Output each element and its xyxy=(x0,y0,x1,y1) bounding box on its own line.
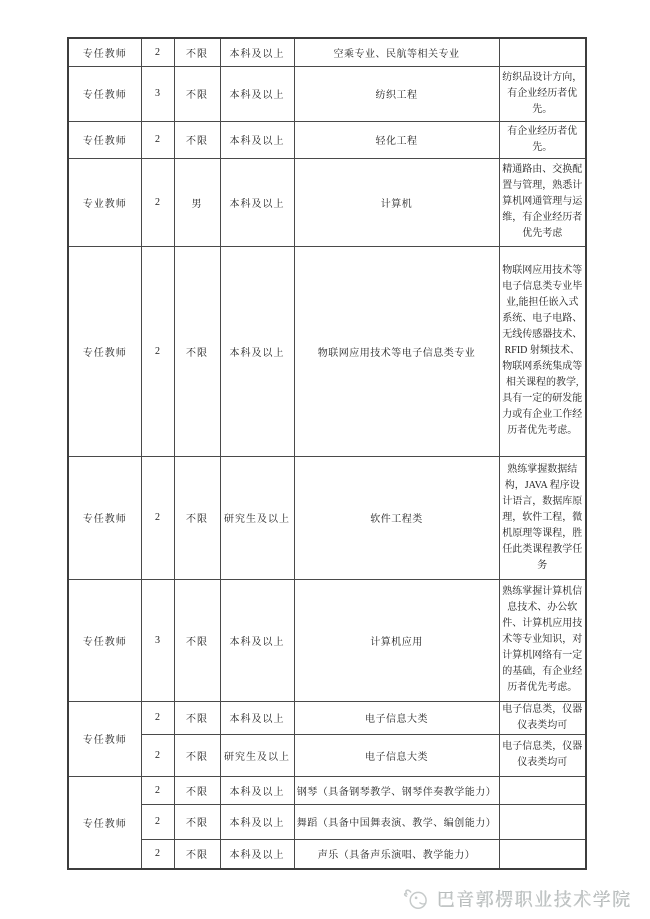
gender-cell: 不限 xyxy=(174,804,220,839)
position-cell: 专任教师 xyxy=(68,121,141,158)
major-cell: 声乐（具备声乐演唱、教学能力） xyxy=(294,839,499,869)
position-cell: 专任教师 xyxy=(68,66,141,121)
major-cell: 电子信息大类 xyxy=(294,734,499,776)
gender-cell: 不限 xyxy=(174,734,220,776)
position-cell: 专任教师 xyxy=(68,38,141,66)
gender-cell: 不限 xyxy=(174,776,220,804)
gender-cell: 不限 xyxy=(174,456,220,579)
footer-watermark: 巴音郭楞职业技术学院 xyxy=(403,886,632,912)
remarks-cell: 物联网应用技术等电子信息类专业毕业,能担任嵌入式系统、电子电路、无线传感器技术、… xyxy=(499,246,586,456)
count-cell: 2 xyxy=(141,158,174,246)
recruitment-table: 专任教师 2 不限 本科及以上 空乘专业、民航等相关专业 专任教师 3 不限 本… xyxy=(67,37,587,870)
education-cell: 本科及以上 xyxy=(220,839,294,869)
gender-cell: 不限 xyxy=(174,579,220,701)
position-cell: 专任教师 xyxy=(68,456,141,579)
table-row: 2 不限 本科及以上 舞蹈（具备中国舞表演、教学、编创能力） xyxy=(68,804,586,839)
education-cell: 本科及以上 xyxy=(220,804,294,839)
remarks-cell: 精通路由、交换配置与管理，熟悉计算机网通管理与运维，有企业经历者优先考虑 xyxy=(499,158,586,246)
major-cell: 计算机 xyxy=(294,158,499,246)
table-row: 专任教师 2 不限 本科及以上 轻化工程 有企业经历者优先。 xyxy=(68,121,586,158)
major-cell: 轻化工程 xyxy=(294,121,499,158)
major-cell: 电子信息大类 xyxy=(294,701,499,734)
education-cell: 本科及以上 xyxy=(220,776,294,804)
education-cell: 本科及以上 xyxy=(220,158,294,246)
gender-cell: 不限 xyxy=(174,121,220,158)
remarks-cell xyxy=(499,839,586,869)
education-cell: 研究生及以上 xyxy=(220,734,294,776)
major-cell: 软件工程类 xyxy=(294,456,499,579)
education-cell: 研究生及以上 xyxy=(220,456,294,579)
table-row: 专任教师 3 不限 本科及以上 计算机应用 熟练掌握计算机信息技术、办公软件、计… xyxy=(68,579,586,701)
count-cell: 2 xyxy=(141,456,174,579)
table-row: 专任教师 3 不限 本科及以上 纺织工程 纺织品设计方向，有企业经历者优先。 xyxy=(68,66,586,121)
gender-cell: 不限 xyxy=(174,701,220,734)
remarks-cell: 熟练掌握数据结构，JAVA 程序设计语言，数据库原理，软件工程，微机原理等课程，… xyxy=(499,456,586,579)
table-row: 专任教师 2 不限 研究生及以上 软件工程类 熟练掌握数据结构，JAVA 程序设… xyxy=(68,456,586,579)
remarks-cell: 电子信息类，仪器仪表类均可 xyxy=(499,734,586,776)
major-cell: 计算机应用 xyxy=(294,579,499,701)
major-cell: 钢琴（具备钢琴教学、钢琴伴奏教学能力） xyxy=(294,776,499,804)
gender-cell: 不限 xyxy=(174,246,220,456)
major-cell: 物联网应用技术等电子信息类专业 xyxy=(294,246,499,456)
count-cell: 2 xyxy=(141,701,174,734)
count-cell: 3 xyxy=(141,66,174,121)
count-cell: 3 xyxy=(141,579,174,701)
count-cell: 2 xyxy=(141,734,174,776)
count-cell: 2 xyxy=(141,246,174,456)
major-cell: 空乘专业、民航等相关专业 xyxy=(294,38,499,66)
position-cell-merged: 专任教师 xyxy=(68,701,141,776)
school-mascot-logo-icon xyxy=(403,887,430,912)
major-cell: 舞蹈（具备中国舞表演、教学、编创能力） xyxy=(294,804,499,839)
document-page: 专任教师 2 不限 本科及以上 空乘专业、民航等相关专业 专任教师 3 不限 本… xyxy=(0,0,650,919)
table-row: 专任教师 2 不限 本科及以上 物联网应用技术等电子信息类专业 物联网应用技术等… xyxy=(68,246,586,456)
education-cell: 本科及以上 xyxy=(220,701,294,734)
count-cell: 2 xyxy=(141,776,174,804)
education-cell: 本科及以上 xyxy=(220,38,294,66)
remarks-cell xyxy=(499,776,586,804)
remarks-cell xyxy=(499,38,586,66)
count-cell: 2 xyxy=(141,38,174,66)
table-row: 专任教师 2 不限 本科及以上 空乘专业、民航等相关专业 xyxy=(68,38,586,66)
gender-cell: 不限 xyxy=(174,839,220,869)
gender-cell: 不限 xyxy=(174,66,220,121)
education-cell: 本科及以上 xyxy=(220,121,294,158)
remarks-cell: 纺织品设计方向，有企业经历者优先。 xyxy=(499,66,586,121)
gender-cell: 男 xyxy=(174,158,220,246)
count-cell: 2 xyxy=(141,839,174,869)
education-cell: 本科及以上 xyxy=(220,246,294,456)
table-row: 专业教师 2 男 本科及以上 计算机 精通路由、交换配置与管理，熟悉计算机网通管… xyxy=(68,158,586,246)
education-cell: 本科及以上 xyxy=(220,579,294,701)
brand-name: 巴音郭楞职业技术学院 xyxy=(437,886,632,912)
table-row: 2 不限 研究生及以上 电子信息大类 电子信息类，仪器仪表类均可 xyxy=(68,734,586,776)
position-cell: 专业教师 xyxy=(68,158,141,246)
position-cell-merged: 专任教师 xyxy=(68,776,141,869)
position-cell: 专任教师 xyxy=(68,246,141,456)
table-row: 专任教师 2 不限 本科及以上 钢琴（具备钢琴教学、钢琴伴奏教学能力） xyxy=(68,776,586,804)
remarks-cell: 熟练掌握计算机信息技术、办公软件、计算机应用技术等专业知识，对计算机网络有一定的… xyxy=(499,579,586,701)
remarks-cell: 有企业经历者优先。 xyxy=(499,121,586,158)
table-row: 2 不限 本科及以上 声乐（具备声乐演唱、教学能力） xyxy=(68,839,586,869)
remarks-cell xyxy=(499,804,586,839)
gender-cell: 不限 xyxy=(174,38,220,66)
education-cell: 本科及以上 xyxy=(220,66,294,121)
position-cell: 专任教师 xyxy=(68,579,141,701)
major-cell: 纺织工程 xyxy=(294,66,499,121)
count-cell: 2 xyxy=(141,121,174,158)
remarks-cell: 电子信息类，仪器仪表类均可 xyxy=(499,701,586,734)
table-row: 专任教师 2 不限 本科及以上 电子信息大类 电子信息类，仪器仪表类均可 xyxy=(68,701,586,734)
count-cell: 2 xyxy=(141,804,174,839)
